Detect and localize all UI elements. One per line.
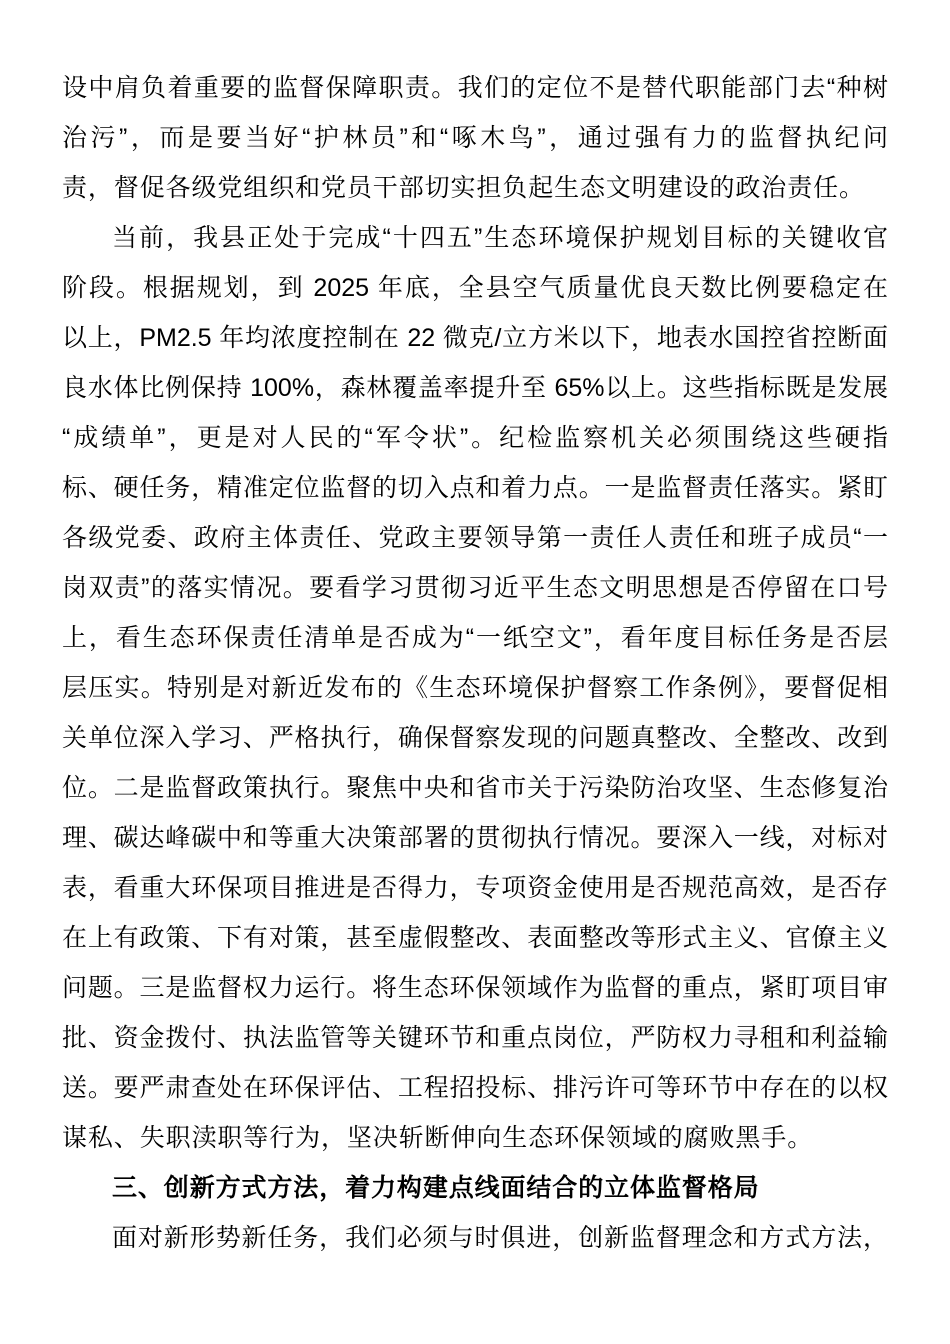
text-line: 岗双责”的落实情况。要看学习贯彻习近平生态文明思想是否停留在口号 (62, 563, 888, 613)
text-line: 当前，我县正处于完成“十四五”生态环境保护规划目标的关键收官 (62, 213, 888, 263)
text-line: 问题。三是监督权力运行。将生态环保领域作为监督的重点，紧盯项目审 (62, 963, 888, 1013)
text-line: 设中肩负着重要的监督保障职责。我们的定位不是替代职能部门去“种树 (62, 63, 888, 113)
text-line: 面对新形势新任务，我们必须与时俱进，创新监督理念和方式方法， (62, 1213, 888, 1263)
section-heading: 三、创新方式方法，着力构建点线面结合的立体监督格局 (62, 1163, 888, 1213)
text-line: 层压实。特别是对新近发布的《生态环境保护督察工作条例》，要督促相 (62, 663, 888, 713)
text-line: “成绩单”，更是对人民的“军令状”。纪检监察机关必须围绕这些硬指 (62, 413, 888, 463)
document-page: 设中肩负着重要的监督保障职责。我们的定位不是替代职能部门去“种树治污”，而是要当… (0, 0, 950, 1344)
text-line: 以上，PM2.5 年均浓度控制在 22 微克/立方米以下，地表水国控省控断面优 (62, 313, 888, 363)
text-line: 各级党委、政府主体责任、党政主要领导第一责任人责任和班子成员“一 (62, 513, 888, 563)
text-line: 治污”，而是要当好“护林员”和“啄木鸟”，通过强有力的监督执纪问 (62, 113, 888, 163)
text-line: 上，看生态环保责任清单是否成为“一纸空文”，看年度目标任务是否层 (62, 613, 888, 663)
text-line: 位。二是监督政策执行。聚焦中央和省市关于污染防治攻坚、生态修复治 (62, 763, 888, 813)
text-line: 谋私、失职渎职等行为，坚决斩断伸向生态环保领域的腐败黑手。 (62, 1113, 888, 1163)
text-line: 表，看重大环保项目推进是否得力，专项资金使用是否规范高效，是否存 (62, 863, 888, 913)
text-line: 阶段。根据规划，到 2025 年底，全县空气质量优良天数比例要稳定在 98% (62, 263, 888, 313)
text-line: 在上有政策、下有对策，甚至虚假整改、表面整改等形式主义、官僚主义 (62, 913, 888, 963)
text-line: 良水体比例保持 100%，森林覆盖率提升至 65%以上。这些指标既是发展的 (62, 363, 888, 413)
text-line: 标、硬任务，精准定位监督的切入点和着力点。一是监督责任落实。紧盯 (62, 463, 888, 513)
text-line: 责，督促各级党组织和党员干部切实担负起生态文明建设的政治责任。 (62, 163, 888, 213)
text-line: 送。要严肃查处在环保评估、工程招投标、排污许可等环节中存在的以权 (62, 1063, 888, 1113)
text-line: 批、资金拨付、执法监管等关键环节和重点岗位，严防权力寻租和利益输 (62, 1013, 888, 1063)
text-line: 理、碳达峰碳中和等重大决策部署的贯彻执行情况。要深入一线，对标对 (62, 813, 888, 863)
text-line: 关单位深入学习、严格执行，确保督察发现的问题真整改、全整改、改到 (62, 713, 888, 763)
document-body: 设中肩负着重要的监督保障职责。我们的定位不是替代职能部门去“种树治污”，而是要当… (62, 63, 888, 1263)
